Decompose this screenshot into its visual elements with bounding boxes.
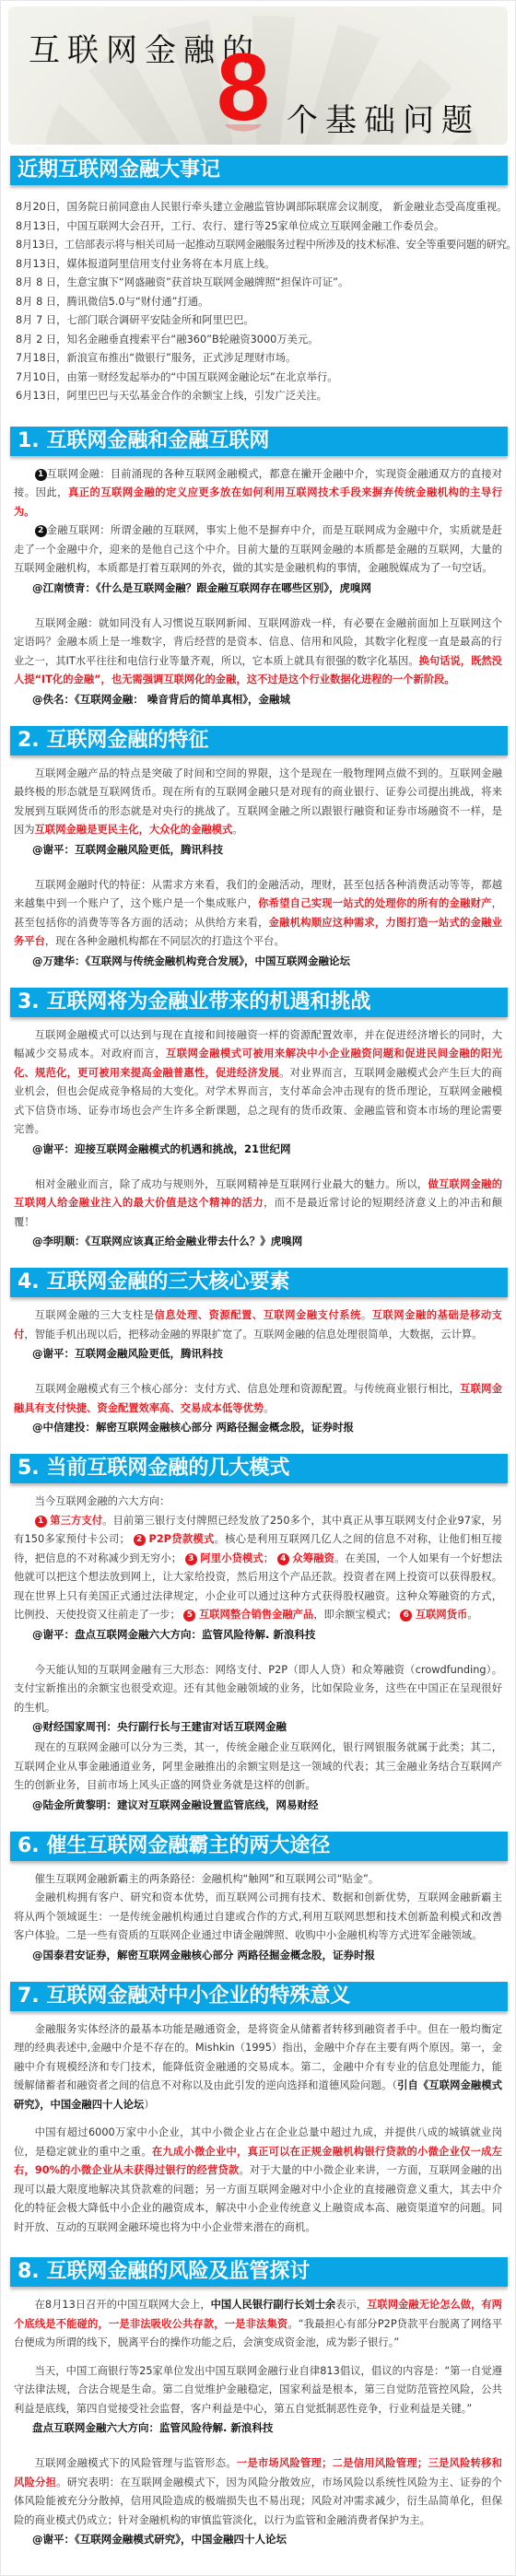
highlight-text: P2P贷款模式 (149, 1533, 215, 1545)
number-badge-icon: 2 (35, 525, 47, 537)
number-badge-icon: 5 (183, 1610, 195, 1622)
paragraph: 现在的互联网金融可以分为三类，其一，传统金融企业互联网化，银行网银服务就属于此类… (14, 1739, 502, 1796)
highlight-text: 阿里小贷模式 (200, 1552, 263, 1564)
section-3-body: 互联网金融模式可以达到与现在直接和间接融资一样的资源配置效率，并在促进经济增长的… (8, 1026, 508, 1252)
source-citation: @谢平：迎接互联网金融模式的机遇和挑战，21世纪网 (14, 1140, 502, 1159)
paragraph: 当今互联网金融的六大方向： (14, 1493, 502, 1512)
section-heading-3: 3. 互联网将为金融业带来的机遇和挑战 (10, 988, 508, 1017)
paragraph: 金融服务实体经济的最基本功能是融通资金，是将资金从储蓄者转移到融资者手中。但在一… (14, 2020, 502, 2115)
number-badge-icon: 1 (35, 1516, 47, 1528)
paragraph: 互联网金融产品的特点是突破了时间和空间的界限，这个是现在一般物理网点做不到的。互… (14, 765, 502, 840)
paragraph: 1互联网金融：目前涌现的各种互联网金融模式，都意在撇开金融中介，实现资金融通双方… (14, 465, 502, 522)
paragraph: 互联网金融：就如同没有人习惯说互联网新闻、互联网游戏一样，有必要在金融前面加上互… (14, 615, 502, 690)
section-1-body: 1互联网金融：目前涌现的各种互联网金融模式，都意在撇开金融中介，实现资金融通双方… (8, 465, 508, 709)
highlight-text: 互联网整合销售金融产品 (199, 1609, 313, 1621)
source-citation: @谢平：互联网金融风险更低，腾讯科技 (14, 1344, 502, 1364)
infographic-page: 互联网金融的 8 8 个基础问题 近期互联网金融大事记 8月20日，国务院日前同… (0, 0, 516, 2576)
paragraph: 今天能认知的互联网金融有三大形态：网络支付、P2P（即人人贷）和众筹融资（cro… (14, 1661, 502, 1718)
highlight-text: 互联网货币 (416, 1609, 468, 1621)
source-citation: @江南愤青：《什么是互联网金融？跟金融互联网存在哪些区别》，虎嗅网 (14, 579, 502, 598)
number-badge-icon: 3 (185, 1553, 197, 1565)
paragraph: 互联网金融时代的特征：从需求方来看，我们的金融活动，理财，甚至包括各种消费活动等… (14, 876, 502, 952)
event-item: 7月18日，新浪宣布推出“微银行”服务，正式涉足理财市场。 (16, 349, 502, 369)
banner-title-part2: 个基础问题 (287, 95, 480, 140)
number-badge-icon: 1 (35, 469, 47, 481)
section-heading-6: 6. 催生互联网金融霸主的两大途径 (10, 1832, 508, 1861)
section-4-body: 互联网金融的三大支柱是信息处理、资源配置、互联网金融支付系统。互联网金融的基础是… (8, 1306, 508, 1437)
event-item: 8月13日，媒体报道阿里信用支付业务将在本月底上线。 (16, 255, 502, 275)
event-item: 6月13日，阿里巴巴与天弘基金合作的余额宝上线，引发广泛关注。 (16, 387, 502, 406)
section-heading-7: 7. 互联网金融对中小企业的特殊意义 (10, 1982, 508, 2011)
bold-text: 中国人民银行副行长刘士余 (211, 2299, 336, 2311)
section-heading-5: 5. 当前互联网金融的几大模式 (10, 1454, 508, 1483)
event-item: 7月10日，由第一财经发起举办的“中国互联网金融论坛”在北京举行。 (16, 369, 502, 388)
source-citation: @中信建投：解密互联网金融核心部分 两路径掘金概念股，证券时报 (14, 1418, 502, 1437)
number-badge-icon: 6 (400, 1610, 412, 1622)
number-badge-icon: 2 (134, 1534, 146, 1546)
banner-number-reflection: 8 (217, 124, 270, 145)
highlight-text: 信息处理、资源配置、互联网金融支付系统 (155, 1309, 361, 1321)
section-8-body: 在8月13日召开的中国互联网大会上，中国人民银行副行长刘士余表示，互联网金融无论… (8, 2296, 508, 2549)
source-citation: @谢平：《互联网金融模式研究》，中国金融四十人论坛 (14, 2530, 502, 2549)
paragraph: 互联网金融模式下的风险管理与监管形态。一是市场风险管理；二是信用风险管理；三是风… (14, 2454, 502, 2530)
events-list: 8月20日，国务院日前同意由人民银行牵头建立金融监管协调部际联席会议制度， 新金… (8, 194, 508, 416)
paragraph: 中国有超过6000万家中小企业，其中小微企业占在企业总量中超过九成，并提供八成的… (14, 2124, 502, 2237)
event-item: 8月 8 日，腾讯微信5.0与“财付通”打通。 (16, 293, 502, 312)
source-citation: @万建华：《互联网与传统金融机构竞合发展》，中国互联网金融论坛 (14, 952, 502, 971)
event-item: 8月 7 日，七部门联合调研平安陆金所和阿里巴巴。 (16, 311, 502, 331)
source-citation: @谢平：互联网金融风险更低，腾讯科技 (14, 840, 502, 860)
number-badge-icon: 4 (277, 1553, 289, 1565)
section-2-body: 互联网金融产品的特点是突破了时间和空间的界限，这个是现在一般物理网点做不到的。互… (8, 765, 508, 971)
event-item: 8月13日，中国互联网大会召开，工行、农行、建行等25家单位成立互联网金融工作委… (16, 217, 502, 237)
paragraph: 2金融互联网：所谓金融的互联网，事实上他不是摒弃中介，而是互联网成为金融中介，实… (14, 521, 502, 579)
section-7-body: 金融服务实体经济的最基本功能是融通资金，是将资金从储蓄者转移到融资者手中。但在一… (8, 2020, 508, 2247)
paragraph: 在8月13日召开的中国互联网大会上，中国人民银行副行长刘士余表示，互联网金融无论… (14, 2296, 502, 2353)
spacer (14, 2237, 502, 2246)
paragraph: 当天，中国工商银行等25家单位发出中国互联网金融行业自律813倡议，倡议的内容是… (14, 2362, 502, 2419)
highlight-text: 众筹融资 (292, 1552, 334, 1564)
event-item: 8月13日，工信部表示将与相关司局一起推动互联网金融服务过程中所涉及的技术标准、… (16, 236, 502, 255)
spacer (14, 2114, 502, 2124)
highlight-text: 第三方支付 (50, 1515, 102, 1527)
section-6-body: 催生互联网金融新霸主的两条路径：金融机构“触网”和互联网公司“贴金”。 金融机构… (8, 1870, 508, 1965)
highlight-text: 互联网金融是更民主化，大众化的金融模式 (35, 824, 233, 836)
title-banner: 互联网金融的 8 8 个基础问题 (8, 6, 508, 145)
highlight-text: 你希望自己实现一站式的处理你的所有的金融财产 (258, 897, 492, 909)
event-item: 8月20日，国务院日前同意由人民银行牵头建立金融监管协调部际联席会议制度， 新金… (16, 198, 502, 217)
paragraph: 相对金融业而言，除了成功与规则外，互联网精神是互联网行业最大的魅力。所以，做互联… (14, 1176, 502, 1233)
section-heading-8: 8. 互联网金融的风险及监管探讨 (10, 2257, 508, 2287)
source-citation: @国泰君安证券，解密互联网金融核心部分 两路径掘金概念股，证券时报 (14, 1946, 502, 1965)
source-citation: @李明顺：《互联网应该真正给金融业带去什么？》虎嗅网 (14, 1232, 502, 1251)
source-citation: 盘点互联网金融六大方向：监管风险待解. 新浪科技 (14, 2418, 502, 2438)
paragraph: 1 第三方支付。目前第三银行支付牌照已经发放了250多个，其中真正从事互联网支付… (14, 1512, 502, 1625)
source-citation: @财经国家周刊：央行副行长与王建宙对话互联网金融 (14, 1717, 502, 1737)
source-citation: @佚名：《互联网金融： 噪音背后的简单真相》，金融城 (14, 690, 502, 709)
event-item: 8月 2 日，知名金融垂直搜索平台“融360”B轮融资3000万美元。 (16, 331, 502, 350)
source-citation: @谢平：盘点互联网金融六大方向：监管风险待解. 新浪科技 (14, 1625, 502, 1645)
source-citation: @陆金所黄黎明：建议对互联网金融设置监管底线，网易财经 (14, 1796, 502, 1815)
section-heading-events: 近期互联网金融大事记 (10, 156, 508, 185)
paragraph: 催生互联网金融新霸主的两条路径：金融机构“触网”和互联网公司“贴金”。 (14, 1870, 502, 1890)
highlight-text: 真正的互联网金融的定义应更多放在如何利用互联网技术手段来摒弃传统金融机构的主导行… (14, 486, 502, 518)
paragraph: 互联网金融模式可以达到与现在直接和间接融资一样的资源配置效率，并在促进经济增长的… (14, 1026, 502, 1140)
section-heading-1: 1. 互联网金融和金融互联网 (10, 427, 508, 456)
event-item: 8月 8 日，生意宝旗下“网盛融资”获首块互联网金融牌照“担保许可证”。 (16, 274, 502, 293)
paragraph: 互联网金融的三大支柱是信息处理、资源配置、互联网金融支付系统。互联网金融的基础是… (14, 1306, 502, 1344)
spacer (14, 2353, 502, 2362)
section-heading-4: 4. 互联网金融的三大核心要素 (10, 1268, 508, 1297)
paragraph: 金融机构拥有客户、研究和资本优势，而互联网公司拥有技术、数据和创新优势，互联网金… (14, 1889, 502, 1946)
section-heading-2: 2. 互联网金融的特征 (10, 726, 508, 755)
paragraph: 互联网金融模式有三个核心部分：支付方式、信息处理和资源配置。与传统商业银行相比，… (14, 1380, 502, 1418)
section-5-body: 当今互联网金融的六大方向： 1 第三方支付。目前第三银行支付牌照已经发放了250… (8, 1493, 508, 1815)
banner-number: 8 (217, 40, 270, 135)
